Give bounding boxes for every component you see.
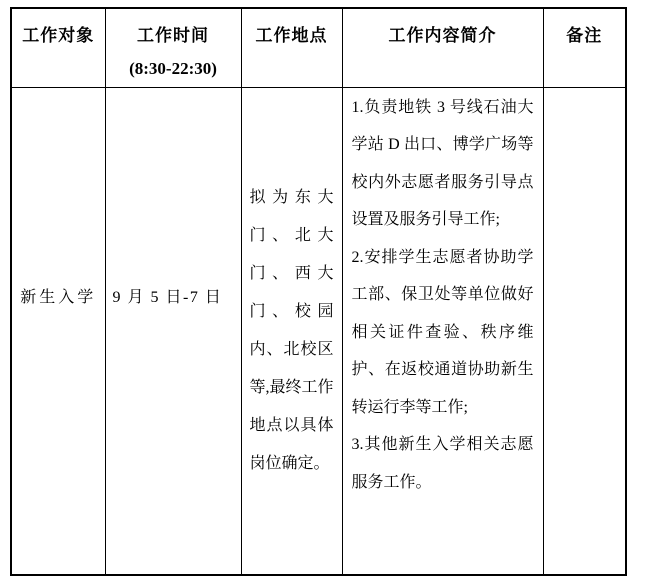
header-work-target: 工作对象 xyxy=(11,8,105,87)
header-work-location: 工作地点 xyxy=(241,8,342,87)
header-work-content: 工作内容简介 xyxy=(342,8,543,87)
work-location-text: 拟为东大门、北大门、西大门、校园内、北校区等,最终工作地点以具体岗位确定。 xyxy=(250,179,334,483)
header-work-time-hours: (8:30-22:30) xyxy=(108,52,239,85)
cell-work-target: 新生入学 xyxy=(11,87,105,575)
volunteer-work-schedule-table: 工作对象 工作时间 (8:30-22:30) 工作地点 工作内容简介 备注 xyxy=(10,7,627,576)
table-header-row: 工作对象 工作时间 (8:30-22:30) 工作地点 工作内容简介 备注 xyxy=(11,8,626,87)
cell-work-time: 9 月 5 日-7 日 xyxy=(105,87,241,575)
header-remarks-label: 备注 xyxy=(566,26,602,45)
header-remarks: 备注 xyxy=(543,8,626,87)
cell-remarks xyxy=(543,87,626,575)
work-content-item-3: 3.其他新生入学相关志愿服务工作。 xyxy=(352,426,534,501)
cell-work-content: 1.负责地铁 3 号线石油大学站 D 出口、博学广场等校内外志愿者服务引导点设置… xyxy=(342,87,543,575)
work-content-item-2: 2.安排学生志愿者协助学工部、保卫处等单位做好相关证件查验、秩序维护、在返校通道… xyxy=(352,239,534,427)
header-work-time-label: 工作时间 xyxy=(108,19,239,52)
header-work-time: 工作时间 (8:30-22:30) xyxy=(105,8,241,87)
header-work-target-label: 工作对象 xyxy=(22,26,94,45)
work-content-item-1: 1.负责地铁 3 号线石油大学站 D 出口、博学广场等校内外志愿者服务引导点设置… xyxy=(352,89,534,239)
header-work-content-label: 工作内容简介 xyxy=(389,26,497,45)
cell-work-location: 拟为东大门、北大门、西大门、校园内、北校区等,最终工作地点以具体岗位确定。 xyxy=(241,87,342,575)
header-work-location-label: 工作地点 xyxy=(256,26,328,45)
document-page: 工作对象 工作时间 (8:30-22:30) 工作地点 工作内容简介 备注 xyxy=(0,0,661,581)
table-row: 新生入学 9 月 5 日-7 日 拟为东大门、北大门、西大门、校园内、北校区等,… xyxy=(11,87,626,575)
